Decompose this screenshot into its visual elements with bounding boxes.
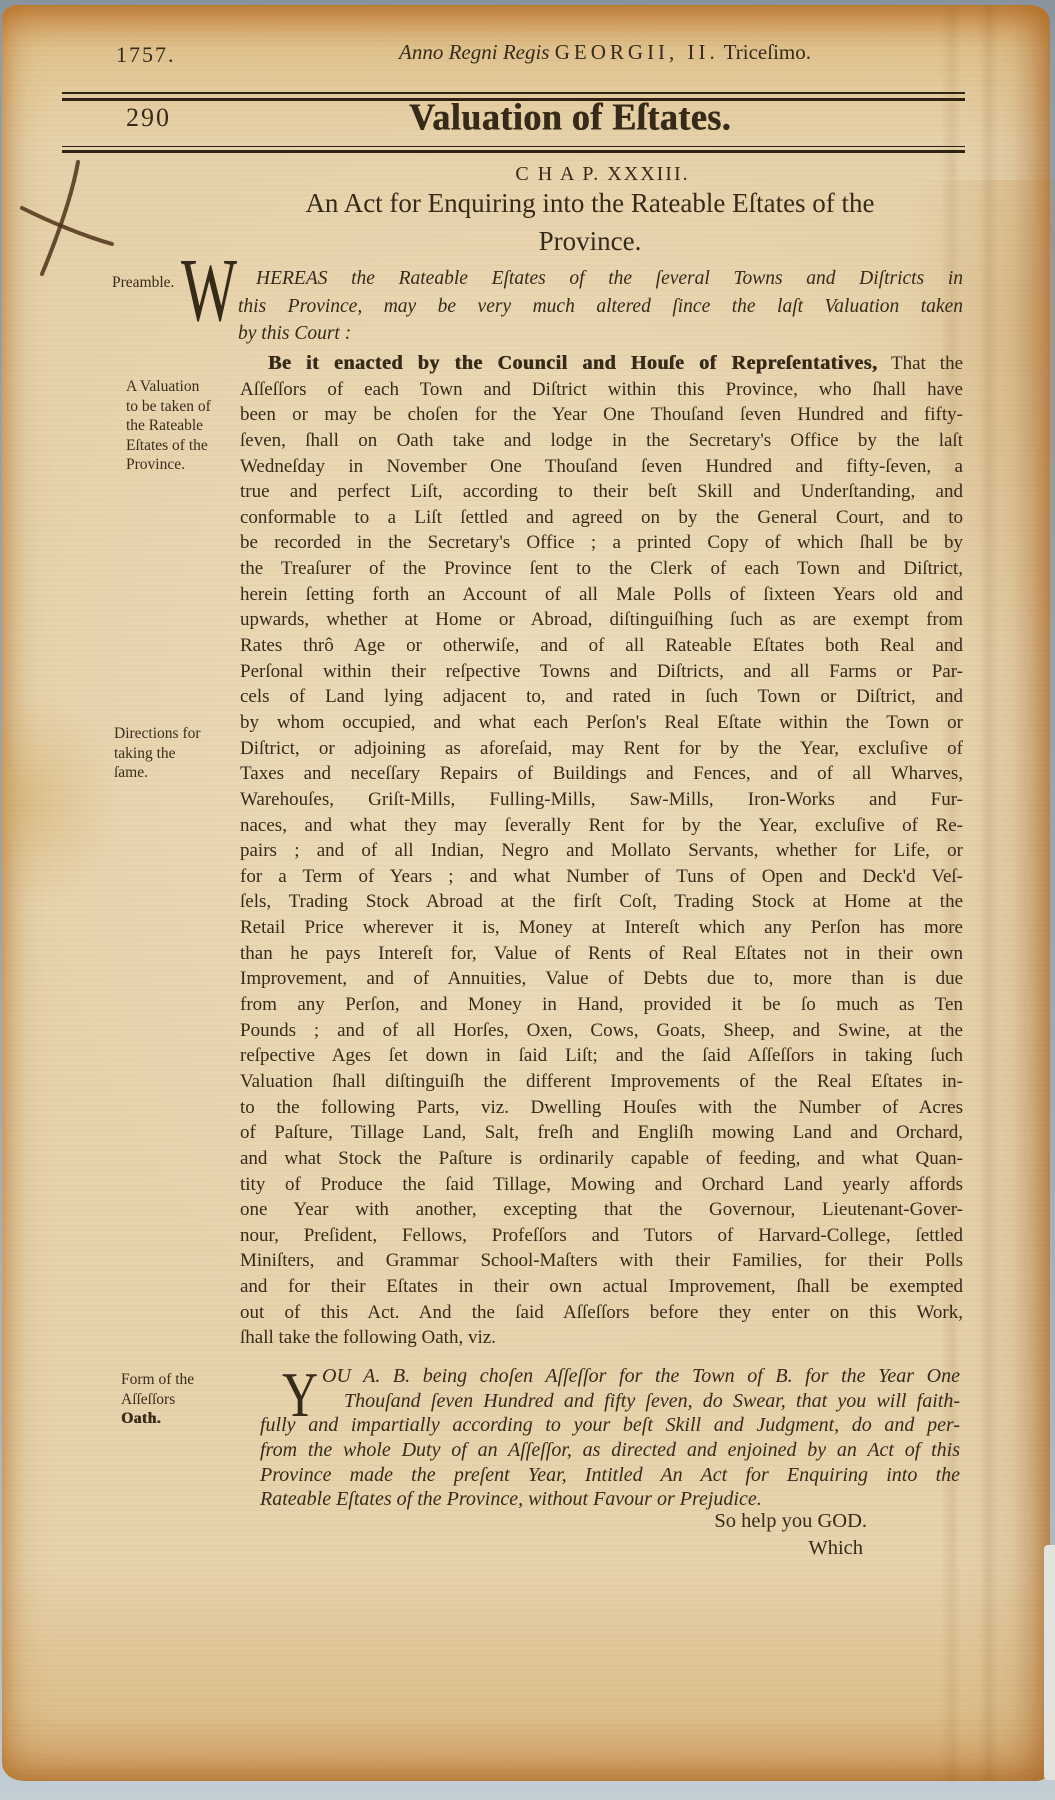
text-line: Wedneſday in November One Thouſand ſeven… — [240, 454, 963, 480]
text-line: naces, and what they may ſeverally Rent … — [240, 813, 963, 839]
text-line: out of this Act. And the ſaid Aſſeſſors … — [240, 1300, 963, 1326]
title-rule — [62, 146, 965, 153]
text-line: this Province, may be very much altered … — [238, 296, 963, 318]
section-running-title: Valuation of Eſtates. — [250, 95, 890, 140]
text-line: by this Court : — [238, 323, 351, 345]
enacting-clause-blackletter: Be it enacted by the Council and Houſe o… — [268, 352, 877, 374]
page-number: 290 — [126, 103, 171, 133]
text-line: cels of Land lying adjacent to, and rate… — [240, 684, 963, 710]
margin-note-directions: Directions for taking the ſame. — [114, 724, 232, 783]
margin-note-preamble: Preamble. — [112, 273, 174, 293]
text-line: of Paſture, Tillage Land, Salt, freſh an… — [240, 1120, 963, 1146]
margin-note-line: Province. — [126, 455, 244, 475]
text-line: conformable to a Liſt ſettled and agreed… — [240, 505, 963, 531]
margin-note-line: Oath. — [121, 1409, 239, 1429]
page-edge-under-sheet — [1044, 1545, 1055, 1780]
margin-note-line: taking the — [114, 744, 232, 764]
text-line: by whom occupied, and what each Perſon's… — [240, 710, 963, 736]
text-line: ſhall take the following Oath, viz. — [240, 1325, 963, 1351]
text-line: for a Term of Years ; and what Number of… — [240, 864, 963, 890]
text-line: and for their Eſtates in their own actua… — [240, 1274, 963, 1300]
text-line: Taxes and neceſſary Repairs of Buildings… — [240, 761, 963, 787]
margin-note-line: Form of the — [121, 1370, 239, 1390]
text-line: Pounds ; and of all Horſes, Oxen, Cows, … — [240, 1018, 963, 1044]
text-line: fully and impartially according to your … — [260, 1413, 960, 1438]
text-line: nour, Preſident, Fellows, Profeſſors and… — [240, 1223, 963, 1249]
text-line: than he pays Intereſt for, Value of Rent… — [240, 941, 963, 967]
text-line: herein ſetting forth an Account of all M… — [240, 582, 963, 608]
scanned-page-photo: { "document": { "header": { "year": "175… — [0, 0, 1055, 1800]
text-line: Aſſeſſors of each Town and Diſtrict with… — [240, 377, 963, 403]
handwritten-x-mark — [12, 148, 132, 293]
text-line: and what Stock the Paſture is ordinarily… — [240, 1146, 963, 1172]
text-line: be recorded in the Secretary's Office ; … — [240, 530, 963, 556]
text-line: from the whole Duty of an Aſſeſſor, as d… — [260, 1438, 960, 1463]
text-line: reſpective Ages ſet down in ſaid Liſt; a… — [240, 1043, 963, 1069]
text-line: been or may be choſen for the Year One T… — [240, 402, 963, 428]
drop-cap-w: W — [181, 246, 237, 336]
margin-note-line: ſame. — [114, 763, 232, 783]
text-line: pairs ; and of all Indian, Negro and Mol… — [240, 838, 963, 864]
text-line: ſeven, ſhall on Oath take and lodge in t… — [240, 428, 963, 454]
text-line: Warehouſes, Griſt-Mills, Fulling-Mills, … — [240, 787, 963, 813]
enactment-paragraph: Be it enacted by the Council and Houſe o… — [240, 351, 963, 1351]
text-line: Rates thrô Age or otherwiſe, and of all … — [240, 633, 963, 659]
text-line: ſels, Trading Stock Abroad at the firſt … — [240, 889, 963, 915]
text-line: to the following Parts, viz. Dwelling Ho… — [240, 1095, 963, 1121]
act-title-line2: Province. — [170, 226, 1010, 257]
margin-note-line: Eſtates of the — [126, 436, 244, 456]
margin-note-line: Aſſeſſors — [121, 1390, 239, 1410]
text-line: Be it enacted by the Council and Houſe o… — [240, 351, 963, 377]
text-line: OU A. B. being choſen Aſſeſſor for the T… — [260, 1364, 960, 1389]
text-line: Valuation ſhall diſtinguiſh the differen… — [240, 1069, 963, 1095]
text-line: Rateable Eſtates of the Province, withou… — [260, 1487, 960, 1512]
text-line: upwards, whether at Home or Abroad, diſt… — [240, 607, 963, 633]
margin-note-line: to be taken of — [126, 397, 244, 417]
text-line: true and perfect Liſt, according to thei… — [240, 479, 963, 505]
text-line: from any Perſon, and Money in Hand, prov… — [240, 992, 963, 1018]
catchword: Which — [808, 1537, 863, 1560]
regnal-year-italic: Anno Regni Regis — [399, 40, 549, 64]
text-line: Perſonal within their reſpective Towns a… — [240, 659, 963, 685]
text-line: the Treaſurer of the Province ſent to th… — [240, 556, 963, 582]
text-line: Province made the preſent Year, Intitled… — [260, 1463, 960, 1488]
header-year: 1757. — [116, 42, 176, 68]
margin-note-line: Directions for — [114, 724, 232, 744]
margin-note-valuation: A Valuation to be taken of the Rateable … — [126, 377, 244, 475]
text-line: Improvement, and of Annuities, Value of … — [240, 966, 963, 992]
margin-note-line: the Rateable — [126, 416, 244, 436]
paper-stain — [0, 690, 120, 910]
text-line: Miniſters, and Grammar School-Maſters wi… — [240, 1248, 963, 1274]
oath-paragraph: OU A. B. being choſen Aſſeſſor for the T… — [260, 1364, 960, 1512]
text-line: HEREAS the Rateable Eſtates of the ſever… — [256, 268, 963, 290]
text-line: Retail Price wherever it is, Money at In… — [240, 915, 963, 941]
regnal-king-name: GEORGII, II. — [555, 40, 719, 64]
margin-note-oath: Form of the Aſſeſſors Oath. — [121, 1370, 239, 1429]
margin-note-line: A Valuation — [126, 377, 244, 397]
oath-closing: So help you GOD. — [714, 1510, 867, 1533]
text-line: Diſtrict, or adjoining as aforeſaid, may… — [240, 736, 963, 762]
running-header: Anno Regni Regis GEORGII, II. Triceſimo. — [250, 40, 960, 65]
chapter-number: C H A P. XXXIII. — [240, 163, 965, 186]
text-line: Thouſand ſeven Hundred and fifty ſeven, … — [260, 1389, 960, 1414]
act-title-line1: An Act for Enquiring into the Rateable E… — [170, 188, 1010, 219]
regnal-tail: Triceſimo. — [724, 40, 811, 64]
text-line: tity of Produce the ſaid Tillage, Mowing… — [240, 1172, 963, 1198]
enacting-clause-tail: That the — [877, 353, 963, 374]
text-line: one Year with another, excepting that th… — [240, 1197, 963, 1223]
